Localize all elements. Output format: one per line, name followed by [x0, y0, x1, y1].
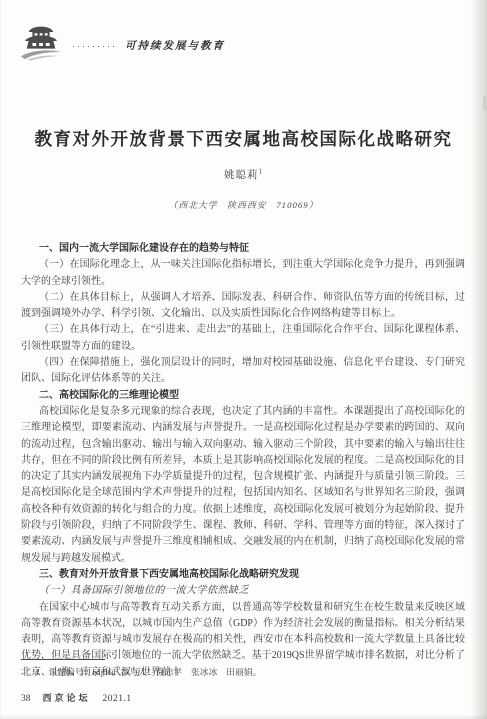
page-number: 38 — [21, 694, 31, 704]
footnote-text: 课题编号：edj06。参与人：徐志平 张冰冰 田丽娟。 — [48, 667, 261, 677]
section-heading-2: 二、高校国际化的三维理论模型 — [21, 388, 465, 404]
paragraph: （三）在具体行动上，在“引进来、走出去”的基础上，注重国际化合作平台、国际化课程… — [21, 322, 465, 355]
scan-edge-mark — [483, 96, 487, 110]
footnote: 1 课题编号：edj06。参与人：徐志平 张冰冰 田丽娟。 — [21, 666, 465, 679]
section-heading-3: 三、教育对外开放背景下西安属地高校国际化战略研究发现 — [21, 567, 465, 583]
page-footer: 38 西京论坛 2021.1 — [21, 691, 132, 704]
author-line: 姚聪莉1 — [0, 167, 487, 182]
header-dots: ········· — [72, 41, 117, 51]
section-heading-1: 一、国内一流大学国际化建设存在的趋势与特征 — [21, 241, 465, 257]
column-banner: ········· 可持续发展与教育 — [72, 38, 225, 62]
footnote-ref: 1 — [35, 667, 39, 677]
paragraph: （二）在具体目标上，从强调人才培养、国际发表、科研合作、师资队伍等方面的传统目标… — [21, 290, 465, 323]
paragraph: （四）在保障措施上，强化顶层设计的同时，增加对校园基础设施、信息化平台建设、专门… — [21, 355, 465, 388]
article-body: 一、国内一流大学国际化建设存在的趋势与特征 （一）在国际化理念上，从一味关注国际… — [21, 241, 465, 681]
paragraph: 高校国际化是复杂多元现象的综合表现，也决定了其内涵的丰富性。本课题提出了高校国际… — [21, 404, 465, 567]
author-name: 姚聪莉 — [224, 170, 259, 181]
subsection-heading: （一）具备国际引领地位的一流大学依然缺乏 — [21, 583, 465, 599]
journal-name: 西京论坛 — [43, 691, 91, 704]
affiliation-line: （西北大学 陕西西安 710069） — [0, 198, 487, 211]
author-footnote-ref: 1 — [259, 168, 264, 176]
pagoda-icon — [20, 22, 62, 62]
page-header: ········· 可持续发展与教育 — [20, 22, 225, 62]
footnote-divider — [21, 659, 105, 660]
paragraph: （一）在国际化理念上，从一味关注国际化指标增长，到注重大学国际化竞争力提升，再到… — [21, 257, 465, 290]
column-label: 可持续发展与教育 — [125, 38, 225, 53]
journal-issue: 2021.1 — [103, 694, 132, 704]
article-title: 教育对外开放背景下西安属地高校国际化战略研究 — [0, 126, 487, 151]
article-page: ········· 可持续发展与教育 教育对外开放背景下西安属地高校国际化战略研… — [0, 0, 487, 719]
